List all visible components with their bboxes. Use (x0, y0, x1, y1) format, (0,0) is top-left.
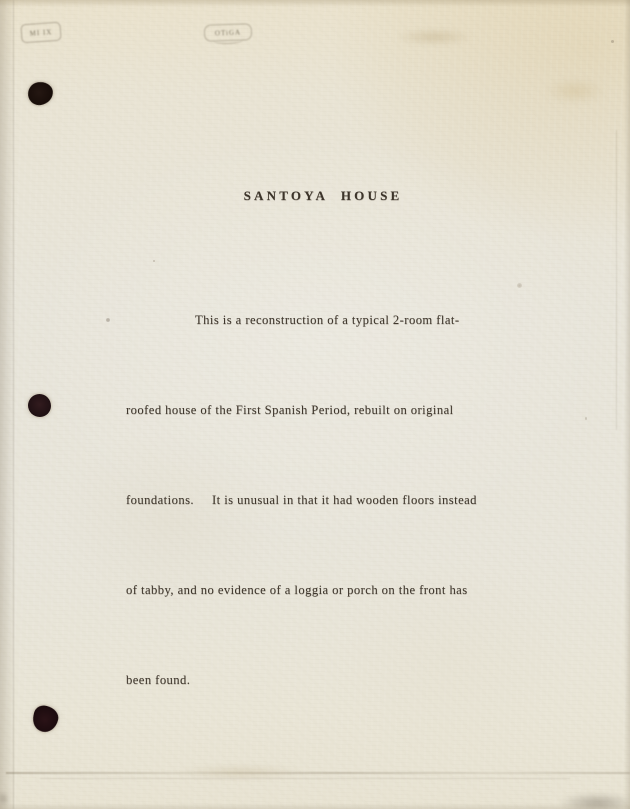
page-edge-shading-bottom (0, 803, 630, 809)
document-title: SANTOYA HOUSE (8, 188, 630, 204)
page-bottom-edge-line-2 (40, 778, 570, 779)
faint-stamp-left-text: MI IX (29, 28, 52, 38)
scanned-document-page: MI IX OTiGA SANTOYA HOUSE This is a reco… (0, 0, 630, 809)
page-edge-line-left (13, 0, 14, 809)
paper-speck (585, 417, 587, 420)
faint-stamp-center-text: OTiGA (215, 28, 241, 37)
faint-stamp-left: MI IX (20, 22, 61, 44)
punch-hole-ink-mark-3 (31, 704, 61, 735)
paragraph-line: This is a reconstruction of a typical 2-… (126, 305, 556, 335)
punch-hole-ink-mark-2 (28, 394, 51, 417)
paper-speck (153, 260, 155, 262)
paper-crease (616, 130, 617, 430)
paragraph-line: of tabby, and no evidence of a loggia or… (126, 575, 556, 605)
stain-top-right (545, 78, 605, 104)
paragraph-line: foundations. It is unusual in that it ha… (126, 485, 556, 515)
page-edge-shading-right (624, 0, 630, 809)
document-paragraph: This is a reconstruction of a typical 2-… (126, 245, 556, 755)
paper-speck (517, 283, 522, 288)
page-edge-shading-top (0, 0, 630, 7)
paper-speck (611, 40, 614, 43)
paragraph-line: been found. (126, 665, 556, 695)
page-bottom-edge-line (6, 772, 630, 774)
paragraph-line: roofed house of the First Spanish Period… (126, 395, 556, 425)
punch-hole-ink-mark-1 (27, 80, 55, 106)
paper-speck (106, 318, 110, 322)
stain-smudge-top-center (395, 28, 473, 46)
faint-stamp-center: OTiGA (204, 23, 253, 42)
